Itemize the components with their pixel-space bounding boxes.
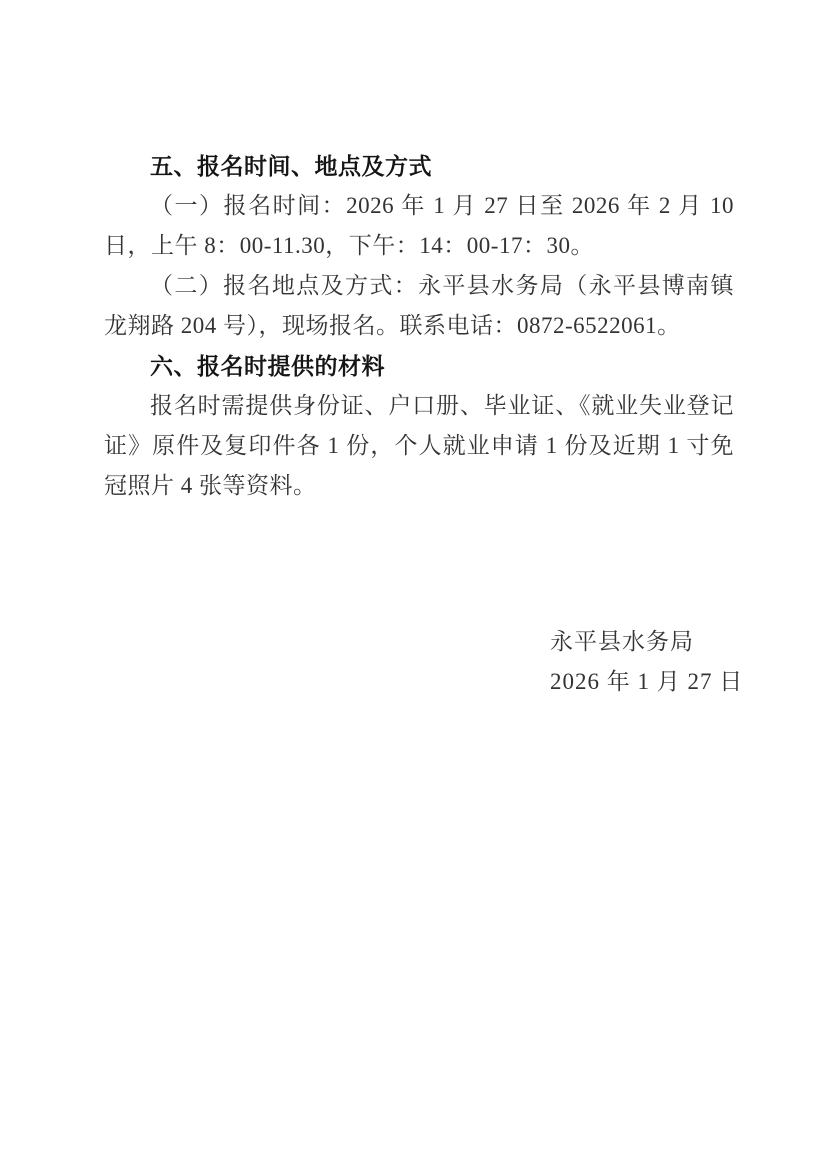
section-heading-registration-time: 五、报名时间、地点及方式 (104, 146, 734, 186)
paragraph-materials: 报名时需提供身份证、户口册、毕业证、《就业失业登记证》原件及复印件各 1 份，个… (104, 386, 734, 506)
signature-date: 2026 年 1 月 27 日 (550, 662, 734, 702)
paragraph-registration-time: （一）报名时间：2026 年 1 月 27 日至 2026 年 2 月 10 日… (104, 186, 734, 266)
signature-block: 永平县水务局 2026 年 1 月 27 日 (104, 622, 734, 702)
section-heading-materials: 六、报名时提供的材料 (104, 346, 734, 386)
document-content: 五、报名时间、地点及方式 （一）报名时间：2026 年 1 月 27 日至 20… (104, 146, 734, 702)
signature-org: 永平县水务局 (550, 622, 734, 662)
paragraph-registration-location: （二）报名地点及方式：永平县水务局（永平县博南镇龙翔路 204 号），现场报名。… (104, 266, 734, 346)
document-page: 五、报名时间、地点及方式 （一）报名时间：2026 年 1 月 27 日至 20… (0, 0, 826, 1169)
